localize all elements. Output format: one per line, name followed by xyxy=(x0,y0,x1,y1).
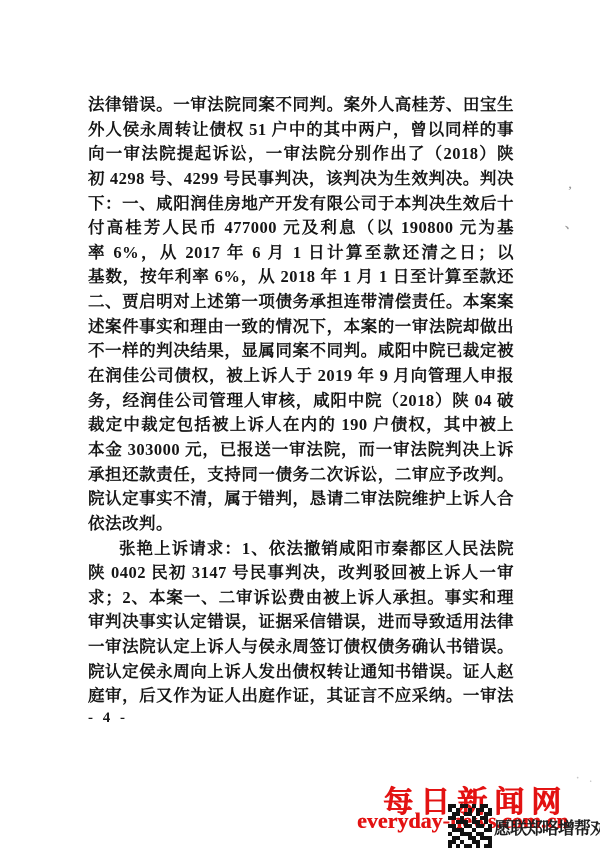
text-line-paragraph-start: 张艳上诉请求：1、依法撤销咸阳市秦都区人民法院（2022） xyxy=(88,537,514,562)
text-line: 二、贾启明对上述第一项债务承担连带清偿责任。本案案情和上 xyxy=(88,290,514,315)
text-line: 不一样的判决结果，显属同案不同判。咸阳中院已裁定被上诉人 xyxy=(88,339,514,364)
text-line: 承担还款责任，支持同一债务二次诉讼，二审应予改判。一审法 xyxy=(88,463,514,488)
text-line: 基数，按年利率 6%，从 2018 年 1 月 1 日至计算至款还清之日）； xyxy=(88,265,514,290)
text-line: 率 6%，从 2017 年 6 月 1 日计算至款还清之日；以 286200 元… xyxy=(88,241,514,266)
text-line: 审判决事实认定错误，证据采信错误，进而导致适用法律错误。 xyxy=(88,610,514,635)
text-line: 依法改判。 xyxy=(88,512,514,537)
text-line: 求；2、本案一、二审诉讼费由被上诉人承担。事实和理由：一 xyxy=(88,586,514,611)
text-line: 下：一、咸阳润佳房地产开发有限公司于本判决生效后十日内支 xyxy=(88,192,514,217)
qr-code-icon xyxy=(448,804,492,848)
text-line: 在润佳公司债权，被上诉人于 2019 年 9 月向管理人申报涉案债 xyxy=(88,364,514,389)
text-line: 陕 0402 民初 3147 号民事判决，改判驳回被上诉人一审的诉讼请 xyxy=(88,561,514,586)
garbled-stamp-text: 愿联郑咯增帮劝 xyxy=(494,814,600,839)
document-page: 法律错误。一审法院同案不同判。案外人高桂芳、田宝生也系案 外人侯永周转让债权 5… xyxy=(0,0,600,849)
text-line: 向一审法院提起诉讼，一审法院分别作出了（2018）陕 0402 民 xyxy=(88,142,514,167)
page-number: - 4 - xyxy=(88,710,128,727)
scan-artifact: 、 xyxy=(565,215,577,232)
text-line: 一审法院认定上诉人与侯永周签订债权债务确认书错误。一审法 xyxy=(88,635,514,660)
text-line: 裁定中裁定包括被上诉人在内的 190 户债权，其中被上诉人债权 xyxy=(88,413,514,438)
text-line: 述案件事实和理由一致的情况下，本案的一审法院却做出了完全 xyxy=(88,315,514,340)
text-line: 初 4298 号、4299 号民事判决，该判决为生效判决。判决内容如 xyxy=(88,167,514,192)
text-line: 务，经润佳公司管理人审核，咸阳中院（2018）陕 04 破 6-5 号 xyxy=(88,389,514,414)
text-line: 庭审，后又作为证人出庭作证，其证言不应采纳。一审法院在侯 xyxy=(88,684,514,709)
document-body: 法律错误。一审法院同案不同判。案外人高桂芳、田宝生也系案 外人侯永周转让债权 5… xyxy=(88,93,514,709)
text-line: 本金 303000 元，已报送一审法院，而一审法院判决上诉人五人 xyxy=(88,438,514,463)
scan-artifact: ’ xyxy=(568,183,572,198)
text-line: 院认定侯永周向上诉人发出债权转让通知书错误。证人赵敏旁听 xyxy=(88,660,514,685)
text-line: 外人侯永周转让债权 51 户中的其中两户，曾以同样的事实理由 xyxy=(88,118,514,143)
text-line: 付高桂芳人民币 477000 元及利息（以 190800 元为基数，按年利 xyxy=(88,216,514,241)
text-line: 院认定事实不清，属于错判，恳请二审法院维护上诉人合法利益， xyxy=(88,487,514,512)
scan-artifact: ˙ xyxy=(589,780,592,791)
text-line: 法律错误。一审法院同案不同判。案外人高桂芳、田宝生也系案 xyxy=(88,93,514,118)
